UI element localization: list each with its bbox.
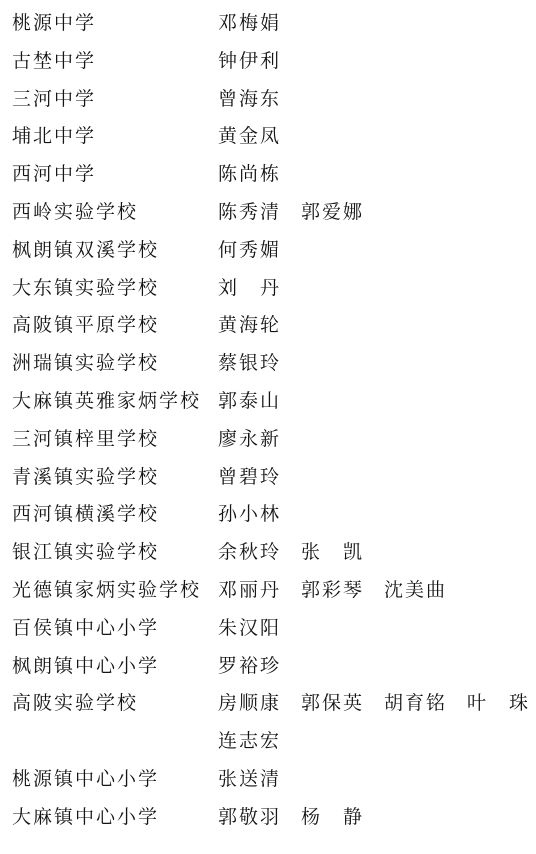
- roster-row: 三河中学 曾海东: [12, 81, 536, 119]
- teacher-name: 钟伊利: [218, 43, 281, 81]
- school-name: 埔北中学: [12, 118, 218, 156]
- teacher-name: 刘 丹: [218, 270, 281, 308]
- school-name: 西岭实验学校: [12, 194, 218, 232]
- teacher-name: 何秀媚: [218, 232, 281, 270]
- school-name: 三河中学: [12, 81, 218, 119]
- roster-row: 古埜中学 钟伊利: [12, 43, 536, 81]
- roster-row: 光德镇家炳实验学校 邓丽丹郭彩琴沈美曲: [12, 572, 536, 610]
- roster-row: 高陂镇平原学校 黄海轮: [12, 307, 536, 345]
- school-name: 三河镇梓里学校: [12, 421, 218, 459]
- school-name: 大麻镇中心小学: [12, 799, 218, 837]
- teacher-names: 曾海东: [218, 81, 534, 119]
- teacher-name: 廖永新: [218, 421, 281, 459]
- teacher-names: 郭敬羽杨 静: [218, 799, 534, 837]
- teacher-names: 罗裕珍: [218, 648, 534, 686]
- roster-row: 枫朗镇中心小学 罗裕珍: [12, 648, 536, 686]
- teacher-name: 陈尚栋: [218, 156, 281, 194]
- roster-row: 大东镇实验学校 刘 丹: [12, 270, 536, 308]
- teacher-name: 余秋玲: [218, 534, 281, 572]
- school-name: 银江镇实验学校: [12, 534, 218, 572]
- teacher-name: 连志宏: [218, 723, 281, 761]
- teacher-name: 邓丽丹: [218, 572, 281, 610]
- teacher-name: 叶 珠: [467, 685, 530, 723]
- school-name: 西河中学: [12, 156, 218, 194]
- roster-row: 桃源中学 邓梅娟: [12, 5, 536, 43]
- school-name: 西河镇横溪学校: [12, 496, 218, 534]
- school-name: 高陂实验学校: [12, 685, 218, 723]
- teacher-names: 陈秀清郭爱娜: [218, 194, 534, 232]
- teacher-name: 郭爱娜: [301, 194, 364, 232]
- school-name: 大麻镇英雅家炳学校: [12, 383, 218, 421]
- teacher-names: 陈尚栋: [218, 156, 534, 194]
- teacher-name: 罗裕珍: [218, 648, 281, 686]
- school-name: 古埜中学: [12, 43, 218, 81]
- teacher-names: 邓丽丹郭彩琴沈美曲: [218, 572, 534, 610]
- teacher-names: 邓梅娟: [218, 5, 534, 43]
- roster-row: 大麻镇中心小学 郭敬羽杨 静: [12, 799, 536, 837]
- roster-row: 百侯镇中心小学 朱汉阳: [12, 610, 536, 648]
- teacher-name: 曾碧玲: [218, 459, 281, 497]
- teacher-name: 郭敬羽: [218, 799, 281, 837]
- teacher-name: 郭保英: [301, 685, 364, 723]
- roster-row: 桃源镇中心小学 张送清: [12, 761, 536, 799]
- roster-row: 枫朗镇双溪学校 何秀媚: [12, 232, 536, 270]
- teacher-names: 黄金凤: [218, 118, 534, 156]
- teacher-name: 沈美曲: [384, 572, 447, 610]
- school-name: 洲瑞镇实验学校: [12, 345, 218, 383]
- teacher-name: 陈秀清: [218, 194, 281, 232]
- teacher-names: 郭泰山: [218, 383, 534, 421]
- roster-row: 高陂实验学校 房顺康郭保英胡育铭叶 珠连志宏: [12, 685, 536, 761]
- teacher-name: 黄金凤: [218, 118, 281, 156]
- teacher-names: 何秀媚: [218, 232, 534, 270]
- school-name: 枫朗镇中心小学: [12, 648, 218, 686]
- teacher-name: 房顺康: [218, 685, 281, 723]
- school-name: 桃源中学: [12, 5, 218, 43]
- teacher-names: 朱汉阳: [218, 610, 534, 648]
- roster-row: 青溪镇实验学校 曾碧玲: [12, 459, 536, 497]
- school-name: 桃源镇中心小学: [12, 761, 218, 799]
- roster-row: 大麻镇英雅家炳学校 郭泰山: [12, 383, 536, 421]
- roster-row: 埔北中学 黄金凤: [12, 118, 536, 156]
- teacher-name: 郭彩琴: [301, 572, 364, 610]
- teacher-name: 朱汉阳: [218, 610, 281, 648]
- teacher-name: 杨 静: [301, 799, 364, 837]
- teacher-name: 胡育铭: [384, 685, 447, 723]
- teacher-name: 曾海东: [218, 81, 281, 119]
- award-roster-page: 桃源中学 邓梅娟 古埜中学 钟伊利 三河中学 曾海东 埔北中学 黄金凤 西河中学…: [0, 0, 536, 854]
- teacher-names: 刘 丹: [218, 270, 534, 308]
- teacher-names: 孙小林: [218, 496, 534, 534]
- school-name: 百侯镇中心小学: [12, 610, 218, 648]
- teacher-name: 黄海轮: [218, 307, 281, 345]
- teacher-names: 房顺康郭保英胡育铭叶 珠连志宏: [218, 685, 534, 761]
- school-name: 光德镇家炳实验学校: [12, 572, 218, 610]
- teacher-names: 黄海轮: [218, 307, 534, 345]
- school-roster-list: 桃源中学 邓梅娟 古埜中学 钟伊利 三河中学 曾海东 埔北中学 黄金凤 西河中学…: [12, 5, 536, 837]
- roster-row: 西河中学 陈尚栋: [12, 156, 536, 194]
- teacher-name: 张 凯: [301, 534, 364, 572]
- teacher-name: 孙小林: [218, 496, 281, 534]
- teacher-names: 钟伊利: [218, 43, 534, 81]
- teacher-name: 张送清: [218, 761, 281, 799]
- teacher-name: 郭泰山: [218, 383, 281, 421]
- teacher-name: 邓梅娟: [218, 5, 281, 43]
- roster-row: 银江镇实验学校 余秋玲张 凯: [12, 534, 536, 572]
- teacher-names: 蔡银玲: [218, 345, 534, 383]
- teacher-name: 蔡银玲: [218, 345, 281, 383]
- school-name: 青溪镇实验学校: [12, 459, 218, 497]
- school-name: 大东镇实验学校: [12, 270, 218, 308]
- roster-row: 西河镇横溪学校 孙小林: [12, 496, 536, 534]
- teacher-names: 曾碧玲: [218, 459, 534, 497]
- teacher-names: 廖永新: [218, 421, 534, 459]
- teacher-names: 余秋玲张 凯: [218, 534, 534, 572]
- roster-row: 洲瑞镇实验学校 蔡银玲: [12, 345, 536, 383]
- roster-row: 西岭实验学校 陈秀清郭爱娜: [12, 194, 536, 232]
- school-name: 高陂镇平原学校: [12, 307, 218, 345]
- teacher-names: 张送清: [218, 761, 534, 799]
- school-name: 枫朗镇双溪学校: [12, 232, 218, 270]
- roster-row: 三河镇梓里学校 廖永新: [12, 421, 536, 459]
